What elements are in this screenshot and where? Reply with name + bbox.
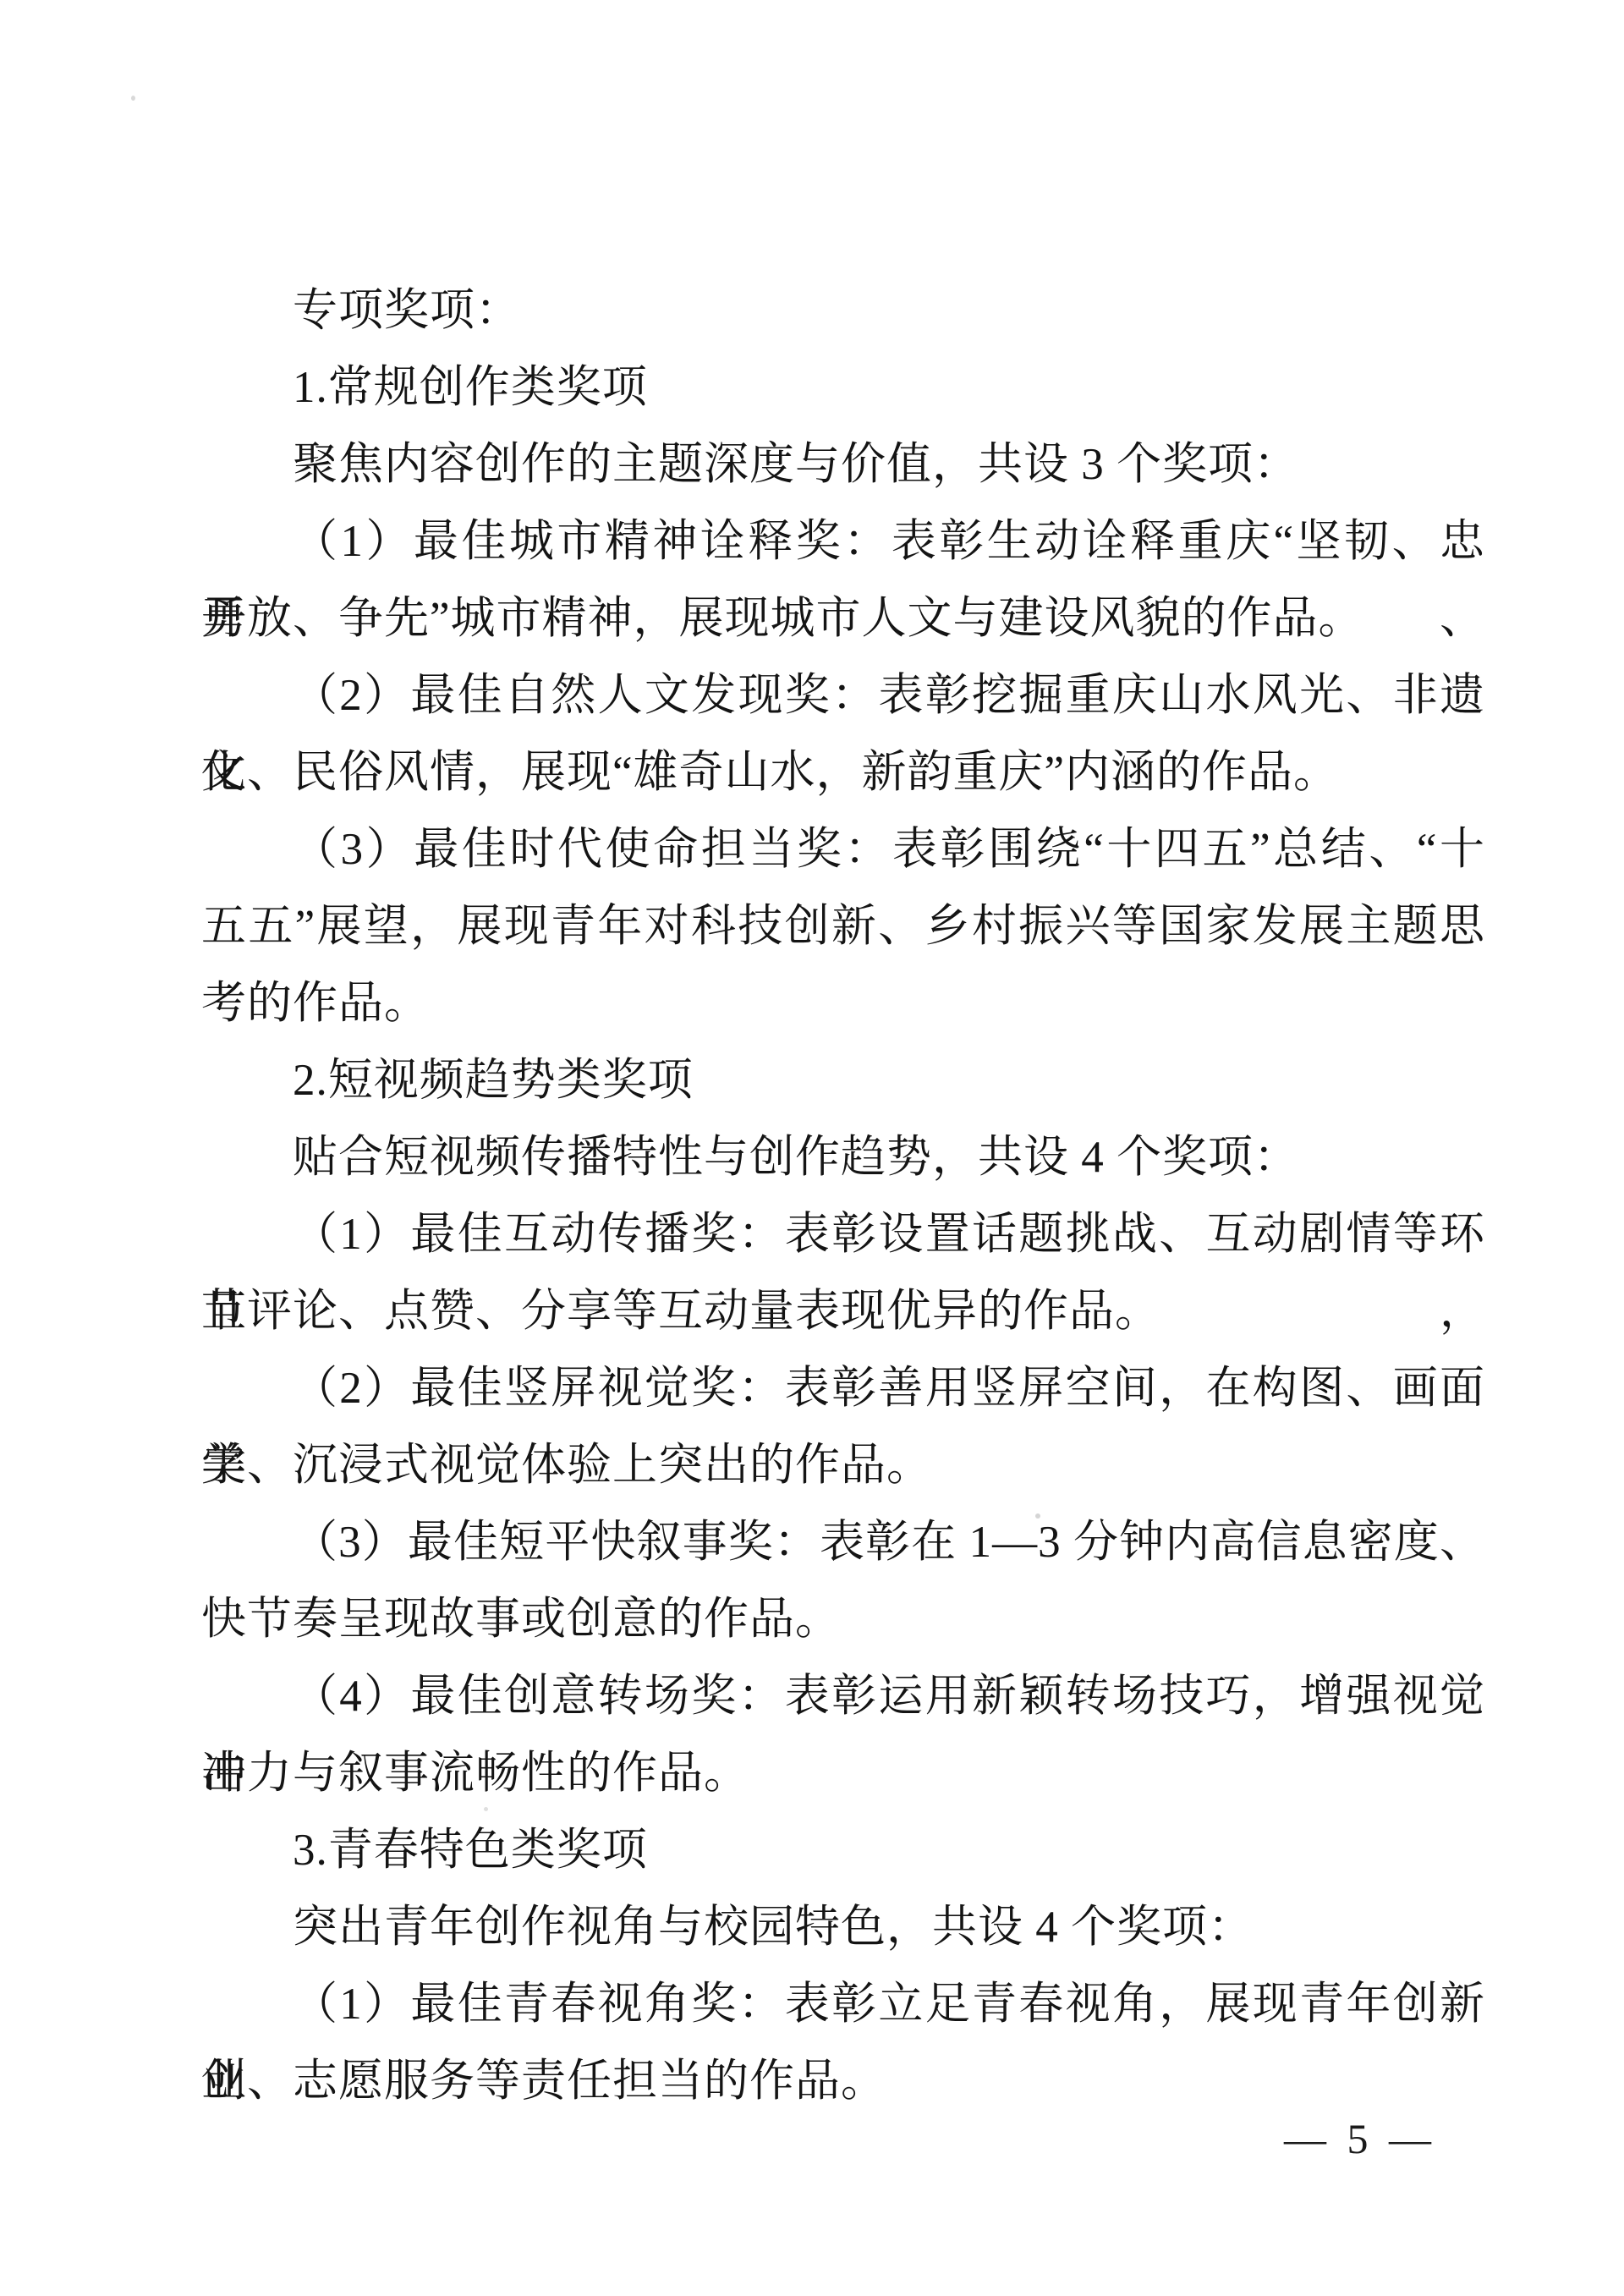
text-line: 考的作品。	[201, 965, 1485, 1042]
text-line: 业、志愿服务等责任担当的作品。	[201, 2043, 1485, 2120]
text-line: （4）最佳创意转场奖：表彰运用新颖转场技巧，增强视觉冲	[201, 1658, 1485, 1735]
document-body-text: 专项奖项： 1.常规创作类奖项 聚焦内容创作的主题深度与价值，共设 3 个奖项：…	[201, 272, 1485, 2120]
text-line: 贴合短视频传播特性与创作趋势，共设 4 个奖项：	[201, 1119, 1485, 1196]
text-line: （1）最佳互动传播奖：表彰设置话题挑战、互动剧情等环节，	[201, 1196, 1485, 1273]
text-line: 聚焦内容创作的主题深度与价值，共设 3 个奖项：	[201, 426, 1485, 503]
text-line: 开放、争先”城市精神，展现城市人文与建设风貌的作品。	[201, 580, 1485, 657]
text-line: 快节奏呈现故事或创意的作品。	[201, 1581, 1485, 1658]
text-line: 专项奖项：	[201, 272, 1485, 349]
text-line: （3）最佳短平快叙事奖：表彰在 1—3 分钟内高信息密度、	[201, 1504, 1485, 1581]
text-line: 学、沉浸式视觉体验上突出的作品。	[201, 1427, 1485, 1504]
text-line: （2）最佳竖屏视觉奖：表彰善用竖屏空间，在构图、画面美	[201, 1350, 1485, 1427]
text-line: 2.短视频趋势类奖项	[201, 1042, 1485, 1119]
scan-speck	[131, 96, 135, 101]
text-line: 化、民俗风情，展现“雄奇山水，新韵重庆”内涵的作品。	[201, 734, 1485, 811]
text-line: （1）最佳青春视角奖：表彰立足青春视角，展现青年创新创	[201, 1966, 1485, 2043]
text-line: （3）最佳时代使命担当奖：表彰围绕“十四五”总结、“十	[201, 811, 1485, 888]
text-line: （1）最佳城市精神诠释奖：表彰生动诠释重庆“坚韧、忠勇、	[201, 503, 1485, 580]
text-line: 五五”展望，展现青年对科技创新、乡村振兴等国家发展主题思	[201, 888, 1485, 965]
page-number: — 5 —	[1284, 2113, 1436, 2164]
text-line: 3.青春特色类奖项	[201, 1812, 1485, 1889]
text-line: （2）最佳自然人文发现奖：表彰挖掘重庆山水风光、非遗文	[201, 657, 1485, 734]
text-line: 击力与叙事流畅性的作品。	[201, 1735, 1485, 1812]
text-line: 突出青年创作视角与校园特色，共设 4 个奖项：	[201, 1889, 1485, 1966]
scan-speck	[1035, 1513, 1040, 1519]
scan-speck	[484, 1807, 488, 1811]
text-line: 1.常规创作类奖项	[201, 349, 1485, 426]
document-page: 专项奖项： 1.常规创作类奖项 聚焦内容创作的主题深度与价值，共设 3 个奖项：…	[0, 0, 1624, 2296]
